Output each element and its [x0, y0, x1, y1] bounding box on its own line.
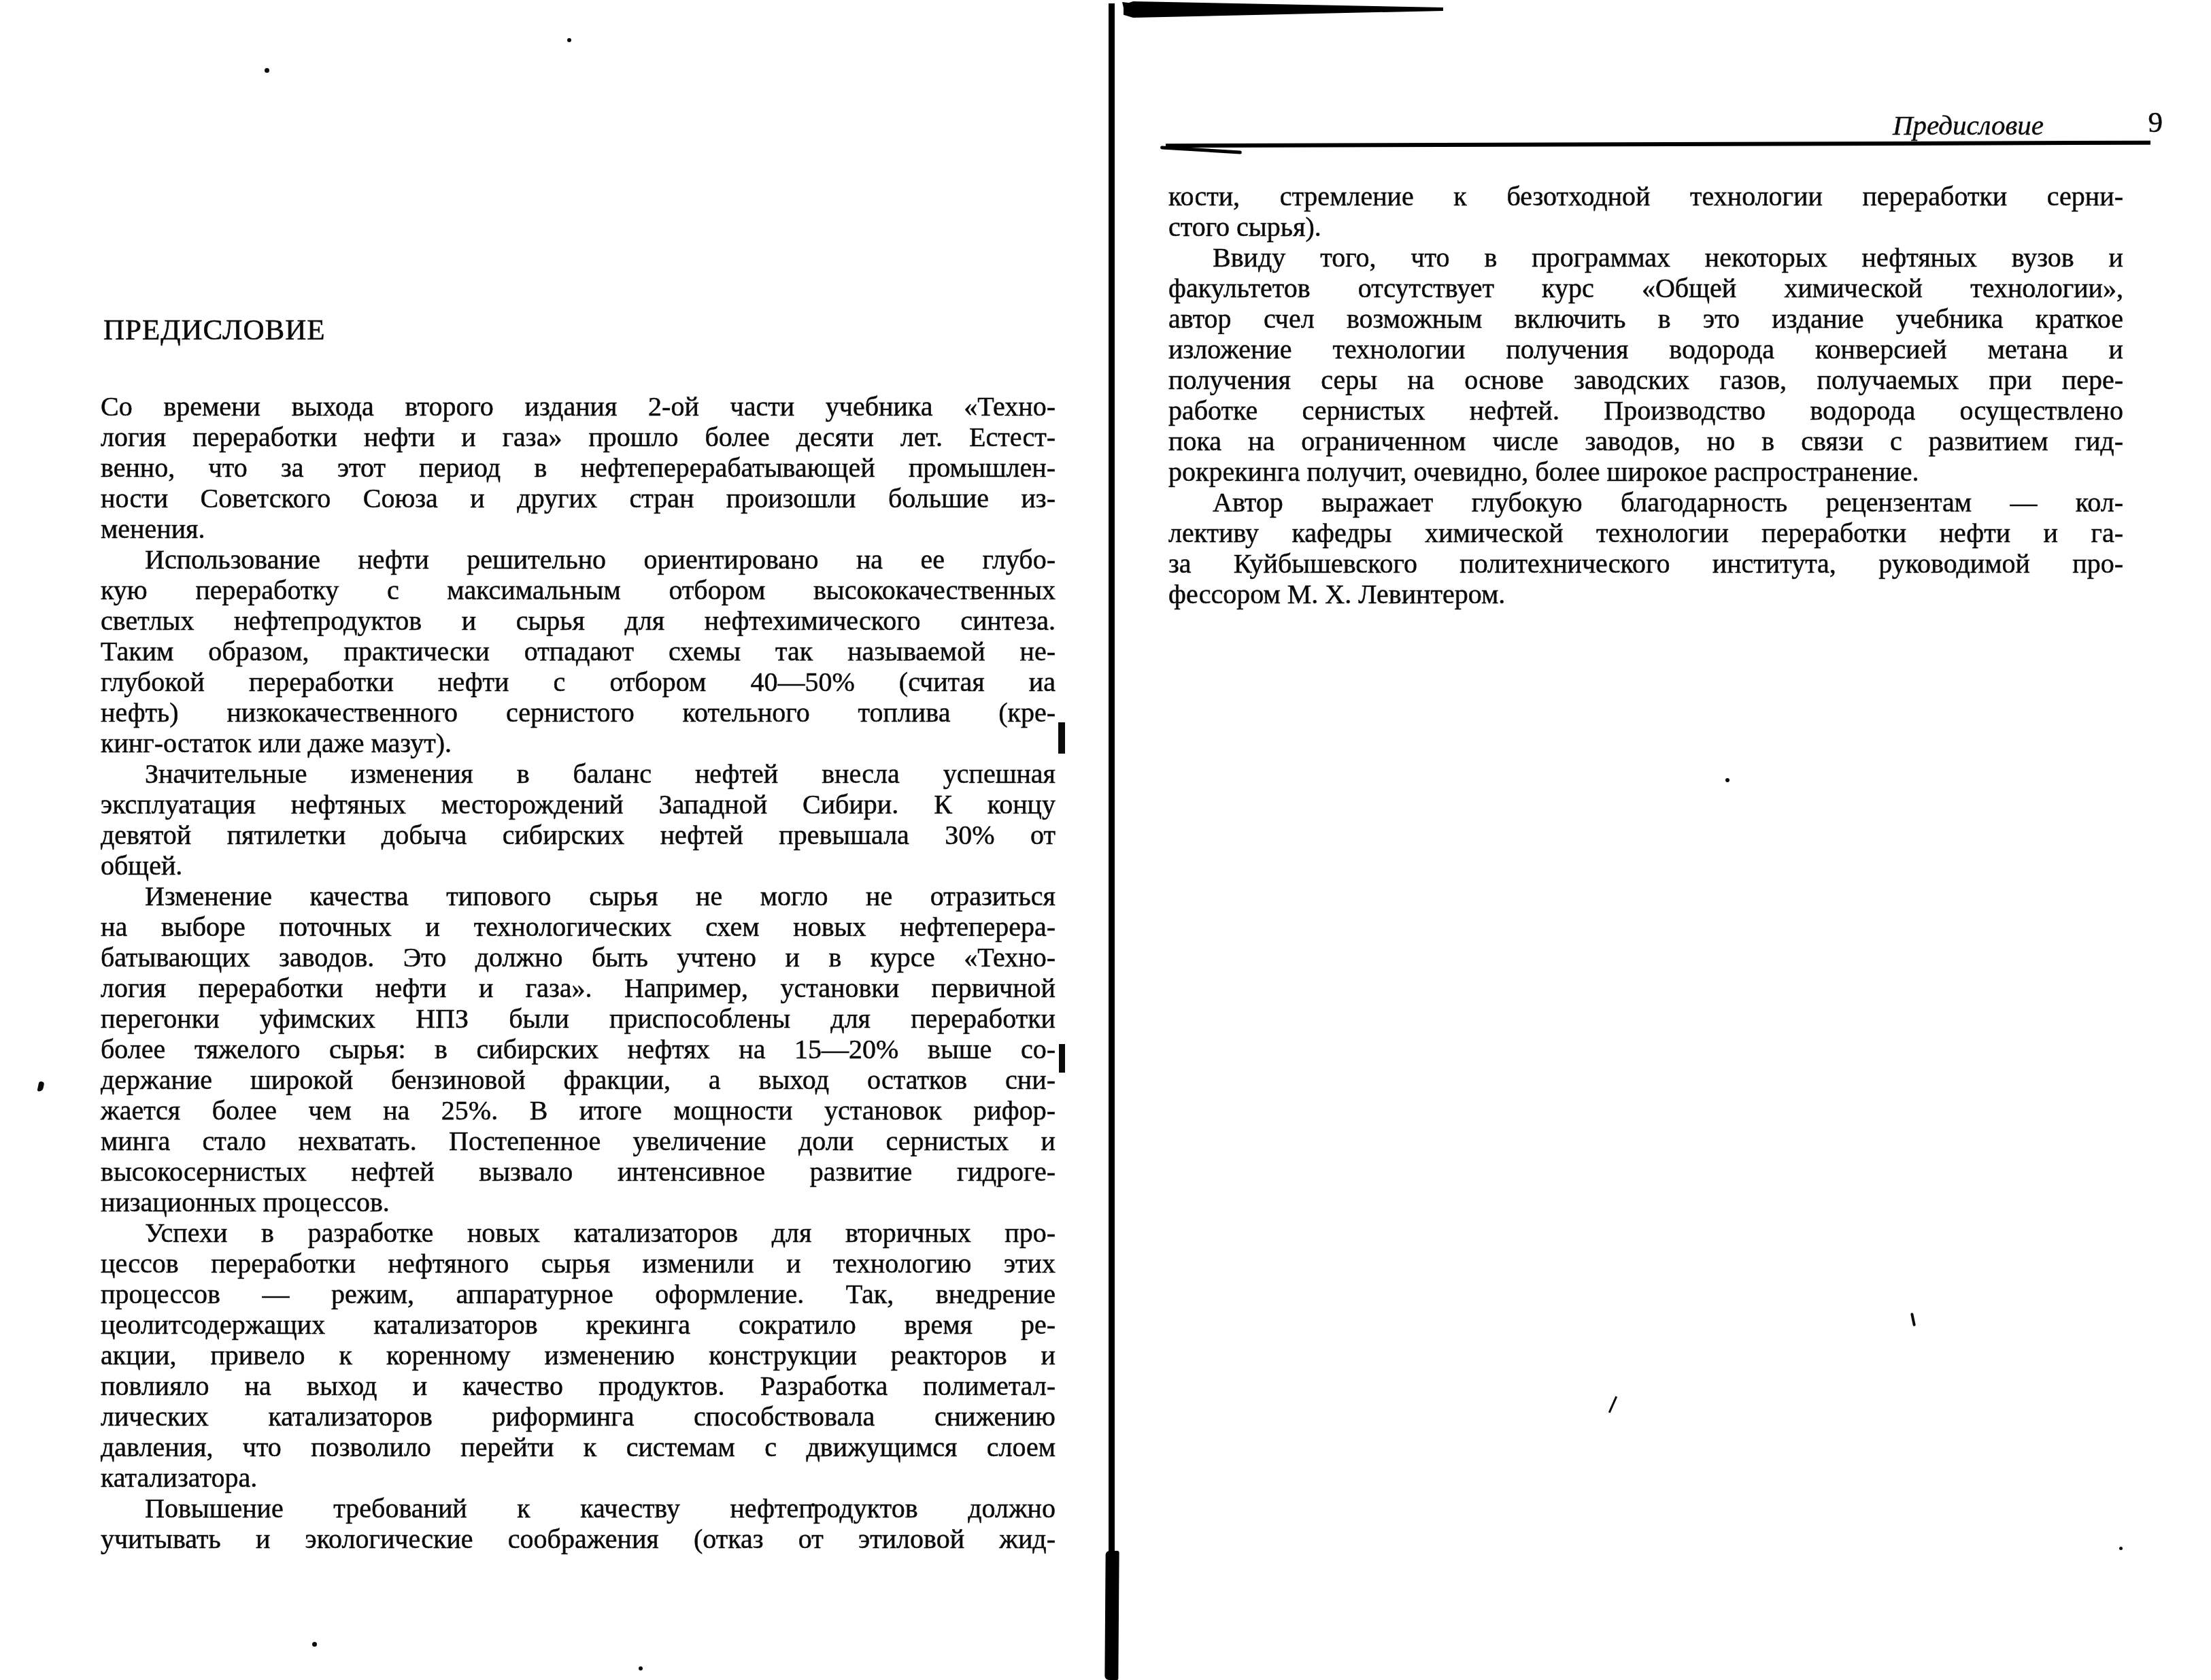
book-spread: ПРЕДИСЛОВИЕ Со времени выхода второго из…	[0, 0, 2211, 1680]
text-line: цессов переработки нефтяного сырья измен…	[101, 1248, 1056, 1279]
text-line: Использование нефти решительно ориентиро…	[101, 544, 1056, 575]
text-line: глубокой переработки нефти с отбором 40—…	[101, 667, 1056, 697]
scan-speck	[37, 1081, 45, 1092]
text-line: перегонки уфимских НПЗ были приспособлен…	[101, 1003, 1056, 1034]
text-line: девятой пятилетки добыча сибирских нефте…	[101, 820, 1056, 850]
right-page-body: кости, стремление к безотходной технолог…	[1168, 181, 2123, 609]
text-line: получения серы на основе заводских газов…	[1168, 365, 2123, 395]
scan-speck	[1910, 1313, 1916, 1326]
preface-heading: ПРЕДИСЛОВИЕ	[103, 314, 325, 347]
text-line: давления, что позволило перейти к систем…	[101, 1432, 1056, 1462]
page-number: 9	[2122, 107, 2163, 139]
text-line: кости, стремление к безотходной технолог…	[1168, 181, 2123, 212]
scan-edge-artifact	[1058, 722, 1065, 754]
text-line: катализатора.	[101, 1462, 1056, 1493]
scan-speck	[1608, 1396, 1617, 1413]
text-line: учитывать и экологические соображения (о…	[101, 1524, 1056, 1554]
text-line: ности Советского Союза и других стран пр…	[101, 483, 1056, 514]
text-line: более тяжелого сырья: в сибирских нефтях…	[101, 1034, 1056, 1064]
scan-speck	[265, 68, 269, 73]
text-line: венно, что за этот период в нефтеперераб…	[101, 452, 1056, 483]
text-line: работке сернистых нефтей. Производство в…	[1168, 395, 2123, 426]
text-line: стого сырья).	[1168, 212, 2123, 242]
text-line: повлияло на выход и качество продуктов. …	[101, 1371, 1056, 1401]
text-line: логия переработки нефти и газа» прошло б…	[101, 422, 1056, 452]
text-line: Изменение качества типового сырья не мог…	[101, 881, 1056, 911]
text-line: факультетов отсутствует курс «Общей хими…	[1168, 273, 2123, 303]
text-line: автор счел возможным включить в это изда…	[1168, 303, 2123, 334]
header-rule	[1166, 141, 2150, 148]
scan-speck	[312, 1642, 317, 1647]
text-line: кинг-остаток или даже мазут).	[101, 728, 1056, 758]
running-title: Предисловие	[1741, 110, 2044, 140]
text-line: нефть) низкокачественного сернистого кот…	[101, 697, 1056, 728]
text-line: Ввиду того, что в программах некоторых н…	[1168, 242, 2123, 273]
text-line: логия переработки нефти и газа». Наприме…	[101, 973, 1056, 1003]
scan-edge-artifact	[1059, 1044, 1065, 1073]
text-line: лических катализаторов риформинга способ…	[101, 1401, 1056, 1432]
text-line: держание широкой бензиновой фракции, а в…	[101, 1064, 1056, 1095]
text-line: кую переработку с максимальным отбором в…	[101, 575, 1056, 605]
text-line: высокосернистых нефтей вызвало интенсивн…	[101, 1156, 1056, 1187]
scan-speck	[1725, 778, 1729, 782]
text-line: батывающих заводов. Это должно быть учте…	[101, 942, 1056, 973]
text-line: низационных процессов.	[101, 1187, 1056, 1217]
text-line: акции, привело к коренному изменению кон…	[101, 1340, 1056, 1371]
gutter-shadow-wedge	[1124, 1, 1443, 18]
text-line: жается более чем на 25%. В итоге мощност…	[101, 1095, 1056, 1126]
text-line: фессором М. Х. Левинтером.	[1168, 579, 2123, 609]
text-line: общей.	[101, 850, 1056, 881]
text-line: Повышение требований к качеству нефтепро…	[101, 1493, 1056, 1524]
text-line: процессов — режим, аппаратурное оформлен…	[101, 1279, 1056, 1309]
scan-speck	[567, 38, 571, 42]
text-line: пока на ограниченном числе заводов, но в…	[1168, 426, 2123, 456]
text-line: за Куйбышевского политехнического инстит…	[1168, 548, 2123, 579]
gutter-line-bottom	[1104, 1551, 1119, 1680]
text-line: Успехи в разработке новых катализаторов …	[101, 1217, 1056, 1248]
text-line: эксплуатация нефтяных месторождений Запа…	[101, 789, 1056, 820]
text-line: минга стало нехватать. Постепенное увели…	[101, 1126, 1056, 1156]
text-line: лективу кафедры химической технологии пе…	[1168, 518, 2123, 548]
text-line: Таким образом, практически отпадают схем…	[101, 636, 1056, 667]
left-page-body: Со времени выхода второго издания 2-ой ч…	[101, 391, 1056, 1554]
text-line: Автор выражает глубокую благодарность ре…	[1168, 487, 2123, 518]
scan-speck	[639, 1666, 643, 1670]
text-line: цеолитсодержащих катализаторов крекинга …	[101, 1309, 1056, 1340]
scan-speck	[811, 1503, 815, 1507]
text-line: менения.	[101, 514, 1056, 544]
text-line: рокрекинга получит, очевидно, более широ…	[1168, 456, 2123, 487]
text-line: Со времени выхода второго издания 2-ой ч…	[101, 391, 1056, 422]
gutter-line	[1109, 3, 1115, 1680]
text-line: на выборе поточных и технологических схе…	[101, 911, 1056, 942]
scan-speck	[2119, 1547, 2123, 1550]
text-line: светлых нефтепродуктов и сырья для нефте…	[101, 605, 1056, 636]
text-line: Значительные изменения в баланс нефтей в…	[101, 758, 1056, 789]
text-line: изложение технологии получения водорода …	[1168, 334, 2123, 365]
